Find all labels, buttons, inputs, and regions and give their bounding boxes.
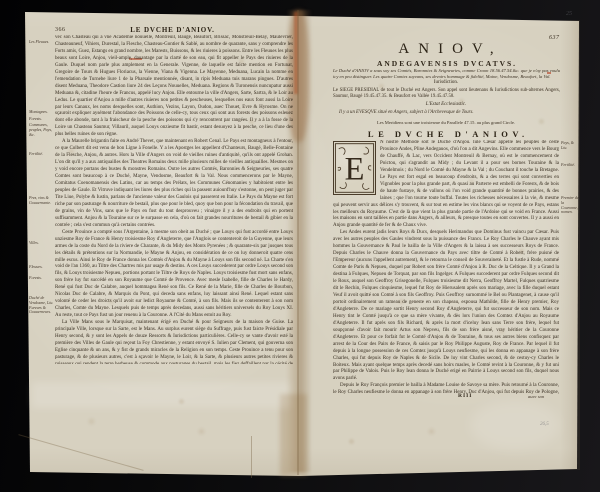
margin-note: Communes, peuples, Pays, &c. bbox=[29, 123, 54, 137]
page-title: ANIOV, bbox=[333, 41, 559, 58]
light-band bbox=[32, 382, 290, 408]
fold-crease-line bbox=[297, 10, 299, 475]
margin-note: Villes. bbox=[29, 241, 54, 246]
body-paragraph: Ceste Prouince a compté sous l'Argentain… bbox=[55, 230, 293, 320]
left-page-body: vec son Chasteau qui a vne Academie nouu… bbox=[55, 35, 293, 364]
photo-backdrop: 366 LE DVCHE D'ANIOV. Les Fleuues. Monta… bbox=[0, 0, 600, 492]
margin-note: Premier de la Couronne, nomen. bbox=[561, 196, 580, 215]
margin-note: Prez, vins & Gouuernante. bbox=[29, 196, 54, 206]
meridian-line: Les Meridiens sont une troisiesme du Par… bbox=[333, 120, 559, 125]
fore-edge-shading bbox=[560, 20, 580, 470]
chapter-heading: LE DVCHE D'ANIOV. bbox=[333, 129, 559, 139]
section-heading-ecclesiastic: L'Estat Ecclesiastic. bbox=[333, 102, 559, 107]
margin-note: Forests. bbox=[29, 276, 54, 281]
woodcut-ornament: E bbox=[334, 142, 375, 194]
page-subtitle: ANDEGAVENSIS DVCATVS. bbox=[333, 59, 559, 68]
margin-note: Fertilité. bbox=[561, 163, 580, 168]
bishop-line: Il y a un EVESQVE situé en Angers, subje… bbox=[339, 110, 559, 115]
pencil-note-2: 26,5 bbox=[540, 422, 549, 427]
body-paragraph: Depuis le Roy François premier le bailla… bbox=[333, 383, 559, 394]
vertical-crease bbox=[251, 436, 252, 478]
svg-text:E: E bbox=[345, 151, 365, 187]
body-paragraph: A la Maurelle brigantin faite en André T… bbox=[55, 139, 293, 229]
margin-note: Montagnes. bbox=[29, 110, 54, 115]
drop-cap-initial: E bbox=[333, 141, 376, 195]
signature-mark: RIII bbox=[458, 393, 472, 399]
right-page-body: E N nostre Methode soit le Duché d'Anjou… bbox=[333, 140, 559, 394]
pencil-note: 25 bbox=[566, 11, 572, 17]
catchword: auec son bbox=[528, 394, 544, 399]
margin-note: Fertilité. bbox=[29, 152, 54, 157]
body-paragraph: La Ville Mans sous le Marquisat, mainten… bbox=[55, 320, 293, 364]
body-paragraph: Les Andes eurent jadis leurs Roys & Ducs… bbox=[333, 230, 559, 383]
margin-note: Duché de Vendosme, Liu. Fureurs & Gouuer… bbox=[29, 296, 54, 315]
margin-note: Fleuues. bbox=[29, 265, 54, 270]
intro-paragraph: Le Duché d'ANIOV a sous soy ses Comtés, … bbox=[333, 68, 560, 79]
section-heading-jurisdiction: Iurisdiction. bbox=[333, 80, 559, 85]
margin-note: Les Fleuues. bbox=[29, 40, 54, 45]
page-number-left: 366 bbox=[55, 27, 66, 33]
running-header-left: LE DVCHE D'ANIOV. bbox=[70, 26, 275, 34]
presidial-paragraph: Le SIEGE PRESIDIAL de tout le Duché est … bbox=[333, 88, 560, 99]
body-paragraph: vec son Chasteau qui a vne Academie nouu… bbox=[55, 35, 293, 139]
margin-note: Pays, & Liu. bbox=[561, 141, 580, 151]
